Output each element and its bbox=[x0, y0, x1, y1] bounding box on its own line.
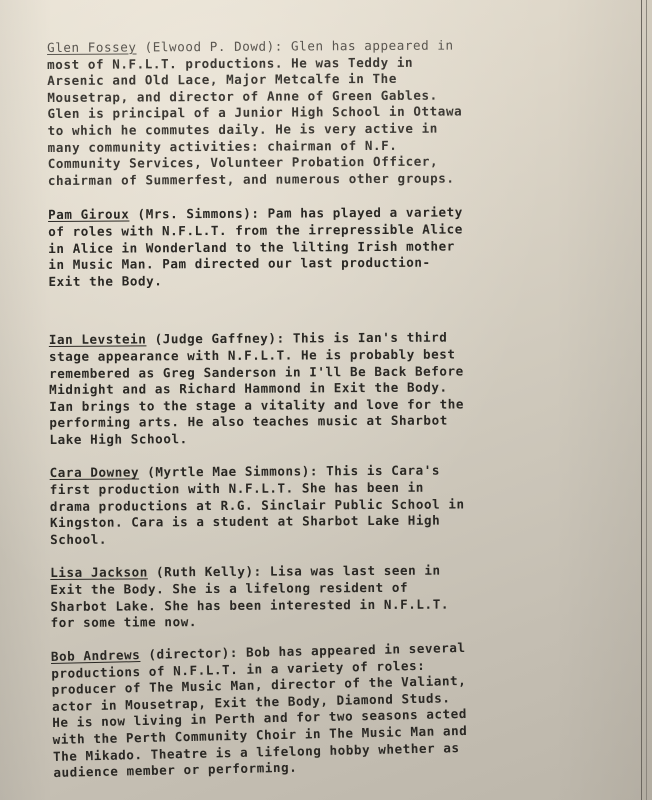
bio-line: Lake High School. bbox=[49, 431, 187, 447]
cast-member-name: Ian Levstein bbox=[49, 332, 147, 348]
bio-line: Arsenic and Old Lace, Major Metcalfe in … bbox=[47, 71, 397, 88]
character-role: (Judge Gaffney): bbox=[155, 331, 285, 347]
bio-line: Ian brings to the stage a vitality and l… bbox=[49, 396, 464, 414]
bio-line: Exit the Body. bbox=[48, 273, 162, 289]
bio-line: Glen is principal of a Junior High Schoo… bbox=[47, 104, 462, 122]
bio-line: first production with N.F.L.T. She has b… bbox=[50, 480, 424, 497]
cast-biographies-page: Glen Fossey (Elwood P. Dowd): Glen has a… bbox=[47, 37, 582, 782]
cast-member-name: Pam Giroux bbox=[48, 207, 129, 222]
bio-line: remembered as Greg Sanderson in I'll Be … bbox=[49, 363, 464, 381]
bio-line: School. bbox=[50, 531, 107, 546]
character-role: (Ruth Kelly): bbox=[156, 564, 262, 580]
bio-first-line: This is Ian's third bbox=[293, 330, 448, 346]
bio-line: chairman of Summerfest, and numerous oth… bbox=[48, 170, 455, 187]
bio-line: stage appearance with N.F.L.T. He is pro… bbox=[49, 346, 456, 363]
bio-line: Midnight and as Richard Hammond in Exit … bbox=[49, 380, 448, 397]
bio-line: to which he commutes daily. He is very a… bbox=[48, 121, 438, 138]
bio-line: in Music Man. Pam directed our last prod… bbox=[48, 255, 430, 272]
bio-line: performing arts. He also teaches music a… bbox=[49, 413, 448, 430]
cast-member-name: Bob Andrews bbox=[51, 647, 141, 664]
cast-member-name: Cara Downey bbox=[50, 465, 140, 481]
bio-line: of roles with N.F.L.T. from the irrepres… bbox=[48, 221, 463, 239]
bio-line: in Alice in Wonderland to the lilting Ir… bbox=[48, 238, 455, 255]
cast-member-name: Glen Fossey bbox=[47, 39, 137, 55]
bio-line: most of N.F.L.T. productions. He was Ted… bbox=[47, 54, 413, 71]
bio-line: many community activities: chairman of N… bbox=[48, 137, 398, 154]
bio-first-line: This is Cara's bbox=[326, 463, 440, 479]
bio-line: Kingston. Cara is a student at Sharbot L… bbox=[50, 513, 440, 530]
bio-first-line: Pam has played a variety bbox=[268, 205, 463, 221]
bio-line: for some time now. bbox=[51, 614, 197, 630]
bio-line: Community Services, Volunteer Probation … bbox=[48, 154, 438, 171]
bio-cara-downey: Cara Downey (Myrtle Mae Simmons): This i… bbox=[50, 462, 580, 548]
character-role: (Mrs. Simmons): bbox=[137, 206, 259, 222]
bio-line: Exit the Body. She is a lifelong residen… bbox=[50, 580, 408, 597]
cast-member-name: Lisa Jackson bbox=[50, 565, 148, 581]
bio-pam-giroux: Pam Giroux (Mrs. Simmons): Pam has playe… bbox=[48, 204, 578, 290]
bio-first-line: Lisa was last seen in bbox=[270, 563, 441, 579]
page-edge-line bbox=[646, 0, 647, 800]
bio-line: Mousetrap, and director of Anne of Green… bbox=[47, 87, 437, 104]
bio-ian-levstein: Ian Levstein (Judge Gaffney): This is Ia… bbox=[49, 329, 580, 448]
character-role: (Elwood P. Dowd): bbox=[145, 39, 283, 55]
bio-bob-andrews: Bob Andrews (director): Bob has appeared… bbox=[51, 637, 584, 781]
bio-line: Sharbot Lake. She has been interested in… bbox=[50, 596, 449, 613]
bio-first-line: Glen has appeared in bbox=[291, 38, 454, 54]
character-role: (Myrtle Mae Simmons): bbox=[147, 464, 318, 480]
character-role: (director): bbox=[148, 645, 238, 662]
bio-glen-fossey: Glen Fossey (Elwood P. Dowd): Glen has a… bbox=[47, 37, 578, 190]
bio-lisa-jackson: Lisa Jackson (Ruth Kelly): Lisa was last… bbox=[50, 562, 580, 632]
bio-line: drama productions at R.G. Sinclair Publi… bbox=[50, 496, 465, 514]
page-edge-line bbox=[641, 0, 642, 800]
